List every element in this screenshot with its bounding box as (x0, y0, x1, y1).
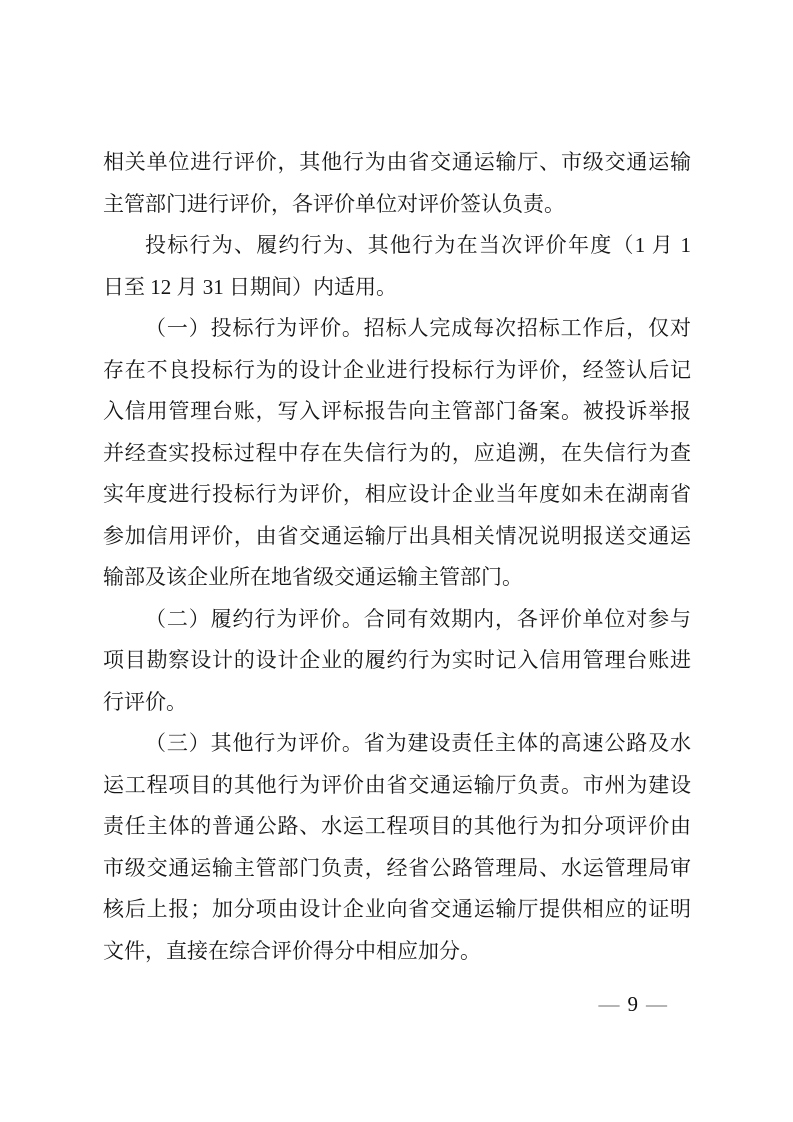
text-line: 投标行为、履约行为、其他行为在当次评价年度（1 月 1 (103, 225, 691, 267)
text-line: 并经查实投标过程中存在失信行为的，应追溯，在失信行为查 (103, 433, 691, 475)
text-line: 核后上报；加分项由设计企业向省交通运输厅提供相应的证明 (103, 889, 691, 931)
text-line: 实年度进行投标行为评价，相应设计企业当年度如未在湖南省 (103, 474, 691, 516)
footer-dash-left: — (592, 992, 628, 1016)
text-line: 主管部门进行评价，各评价单位对评价签认负责。 (103, 184, 691, 226)
text-line: 文件，直接在综合评价得分中相应加分。 (103, 931, 691, 973)
text-line: 市级交通运输主管部门负责，经省公路管理局、水运管理局审 (103, 848, 691, 890)
text-line: （二）履约行为评价。合同有效期内，各评价单位对参与 (103, 599, 691, 641)
text-line: （一）投标行为评价。招标人完成每次招标工作后，仅对 (103, 308, 691, 350)
text-line: 运工程项目的其他行为评价由省交通运输厅负责。市州为建设 (103, 765, 691, 807)
document-page: 相关单位进行评价，其他行为由省交通运输厅、市级交通运输主管部门进行评价，各评价单… (0, 0, 793, 1122)
text-line: 存在不良投标行为的设计企业进行投标行为评价，经签认后记 (103, 350, 691, 392)
text-line: 日至 12 月 31 日期间）内适用。 (103, 267, 691, 309)
footer-dash-right: — (639, 992, 675, 1016)
document-body: 相关单位进行评价，其他行为由省交通运输厅、市级交通运输主管部门进行评价，各评价单… (103, 142, 691, 972)
text-line: 入信用管理台账，写入评标报告向主管部门备案。被投诉举报 (103, 391, 691, 433)
text-line: （三）其他行为评价。省为建设责任主体的高速公路及水 (103, 723, 691, 765)
text-line: 责任主体的普通公路、水运工程项目的其他行为扣分项评价由 (103, 806, 691, 848)
page-number: 9 (628, 992, 640, 1016)
text-line: 项目勘察设计的设计企业的履约行为实时记入信用管理台账进 (103, 640, 691, 682)
page-footer: —9— (592, 992, 676, 1016)
text-line: 相关单位进行评价，其他行为由省交通运输厅、市级交通运输 (103, 142, 691, 184)
text-line: 输部及该企业所在地省级交通运输主管部门。 (103, 557, 691, 599)
text-line: 参加信用评价，由省交通运输厅出具相关情况说明报送交通运 (103, 516, 691, 558)
text-line: 行评价。 (103, 682, 691, 724)
